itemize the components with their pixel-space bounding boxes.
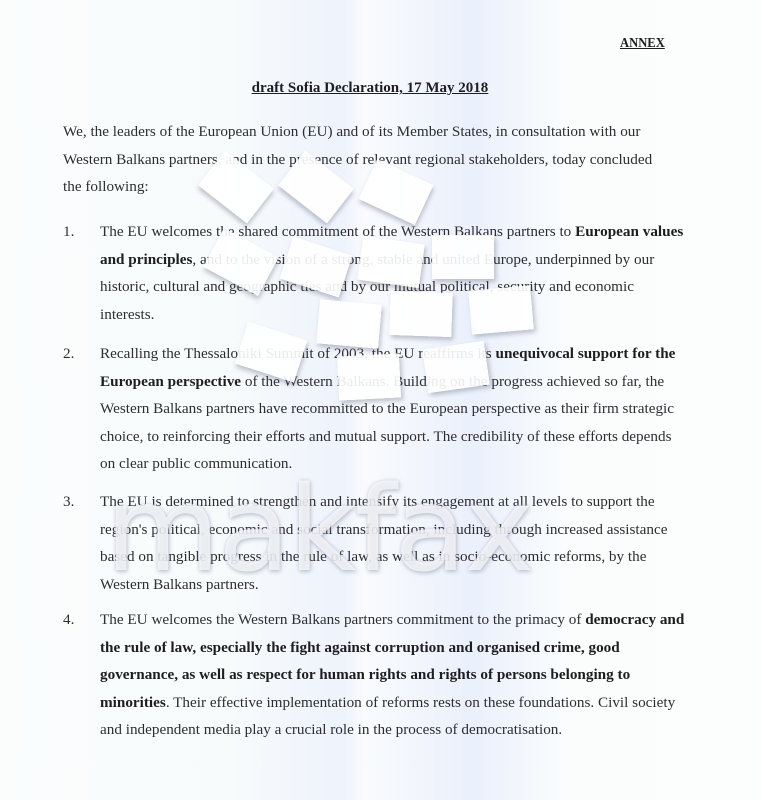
document-page: ANNEX draft Sofia Declaration, 17 May 20… (0, 0, 761, 800)
numbered-paragraph-3: 3. The EU is determined to strengthen an… (63, 488, 703, 598)
paragraph-number: 2. (63, 340, 93, 368)
document-title: draft Sofia Declaration, 17 May 2018 (0, 80, 740, 97)
paragraph-number: 1. (63, 218, 93, 246)
annex-label: ANNEX (620, 36, 665, 52)
paragraph-number: 3. (63, 488, 93, 516)
numbered-paragraph-2: 2. Recalling the Thessaloniki Summit of … (63, 340, 703, 478)
text-segment: The EU welcomes the shared commitment of… (100, 223, 575, 240)
paragraph-body: The EU welcomes the Western Balkans part… (100, 606, 688, 744)
text-segment: The EU is determined to strengthen and i… (100, 493, 667, 593)
text-segment: . Their effective implementation of refo… (100, 694, 675, 739)
text-segment: Recalling the Thessaloniki Summit of 200… (100, 345, 496, 362)
numbered-paragraph-4: 4. The EU welcomes the Western Balkans p… (63, 606, 703, 744)
intro-paragraph: We, the leaders of the European Union (E… (63, 118, 663, 201)
paragraph-body: Recalling the Thessaloniki Summit of 200… (100, 340, 688, 478)
text-segment: The EU welcomes the Western Balkans part… (100, 611, 585, 628)
paragraph-body: The EU is determined to strengthen and i… (100, 488, 688, 598)
numbered-paragraph-1: 1. The EU welcomes the shared commitment… (63, 218, 703, 328)
paragraph-number: 4. (63, 606, 93, 634)
paragraph-body: The EU welcomes the shared commitment of… (100, 218, 688, 328)
